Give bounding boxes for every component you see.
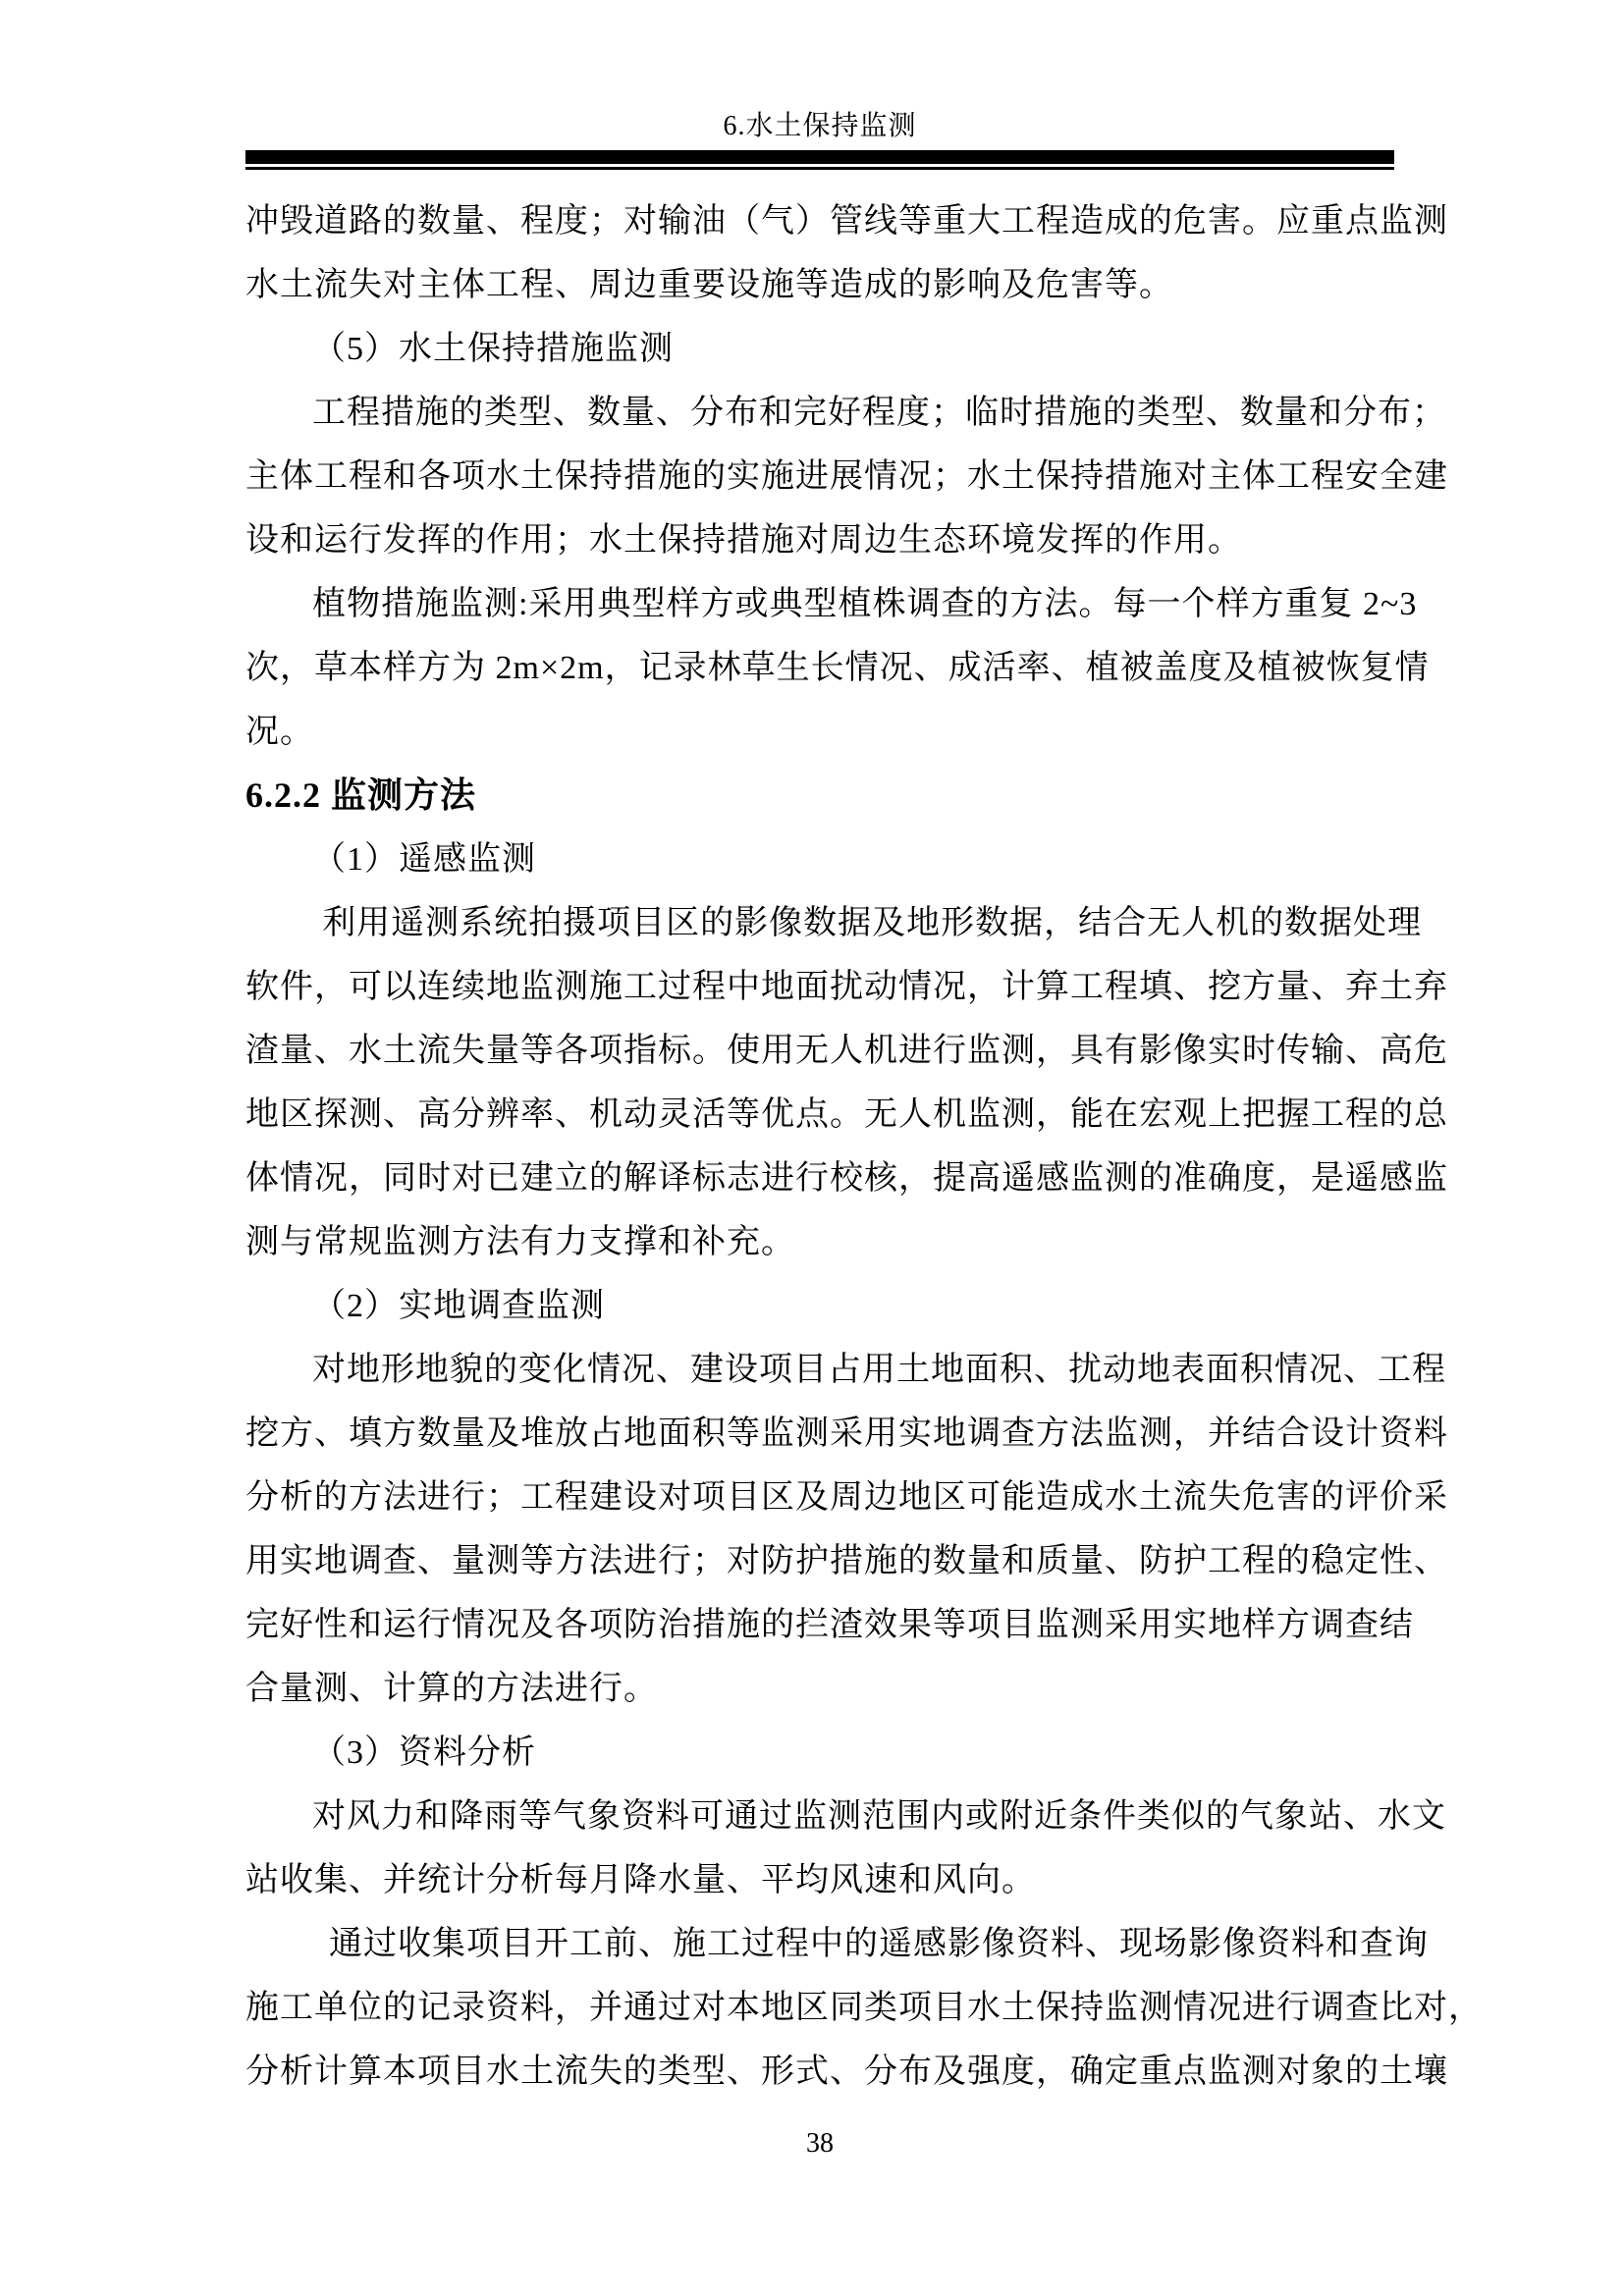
header-rule-thin bbox=[245, 167, 1394, 170]
text-line: 挖方、填方数量及堆放占地面积等监测采用实地调查方法监测，并结合设计资料 bbox=[245, 1402, 1394, 1466]
text-line: 对风力和降雨等气象资料可通过监测范围内或附近条件类似的气象站、水文 bbox=[245, 1785, 1394, 1848]
header-rule-thick bbox=[245, 150, 1394, 164]
text-line: 渣量、水土流失量等各项指标。使用无人机进行监测，具有影像实时传输、高危 bbox=[245, 1019, 1394, 1083]
text-line: 分析的方法进行；工程建设对项目区及周边地区可能造成水土流失危害的评价采 bbox=[245, 1466, 1394, 1529]
text-line: 设和运行发挥的作用；水土保持措施对周边生态环境发挥的作用。 bbox=[245, 508, 1394, 572]
text-line: （3）资料分析 bbox=[245, 1721, 1394, 1785]
text-line: 次，草本样方为 2m×2m，记录林草生长情况、成活率、植被盖度及植被恢复情 bbox=[245, 636, 1394, 700]
text-line: 植物措施监测:采用典型样方或典型植株调查的方法。每一个样方重复 2~3 bbox=[245, 572, 1394, 636]
page-number: 38 bbox=[245, 2128, 1394, 2160]
text-line: 测与常规监测方法有力支撑和补充。 bbox=[245, 1210, 1394, 1274]
text-line: 站收集、并统计分析每月降水量、平均风速和风向。 bbox=[245, 1848, 1394, 1912]
text-line: 体情况，同时对已建立的解译标志进行校核，提高遥感监测的准确度，是遥感监 bbox=[245, 1147, 1394, 1210]
text-line: 完好性和运行情况及各项防治措施的拦渣效果等项目监测采用实地样方调查结 bbox=[245, 1593, 1394, 1657]
text-line: （2）实地调查监测 bbox=[245, 1274, 1394, 1338]
text-line: 合量测、计算的方法进行。 bbox=[245, 1657, 1394, 1721]
text-line: 工程措施的类型、数量、分布和完好程度；临时措施的类型、数量和分布； bbox=[245, 381, 1394, 445]
text-line: 通过收集项目开工前、施工过程中的遥感影像资料、现场影像资料和查询 bbox=[245, 1912, 1394, 1976]
text-line: 施工单位的记录资料，并通过对本地区同类项目水土保持监测情况进行调查比对， bbox=[245, 1976, 1394, 2040]
text-line: 软件，可以连续地监测施工过程中地面扰动情况，计算工程填、挖方量、弃土弃 bbox=[245, 955, 1394, 1019]
text-line: （1）遥感监测 bbox=[245, 828, 1394, 891]
document-page: 6.水土保持监测 冲毁道路的数量、程度；对输油（气）管线等重大工程造成的危害。应… bbox=[0, 0, 1624, 2296]
text-line: 用实地调查、量测等方法进行；对防护措施的数量和质量、防护工程的稳定性、 bbox=[245, 1529, 1394, 1593]
section-heading: 6.2.2 监测方法 bbox=[245, 764, 1394, 828]
text-line: （5）水土保持措施监测 bbox=[245, 317, 1394, 381]
text-line: 利用遥测系统拍摄项目区的影像数据及地形数据，结合无人机的数据处理 bbox=[245, 891, 1394, 955]
text-line: 地区探测、高分辨率、机动灵活等优点。无人机监测，能在宏观上把握工程的总 bbox=[245, 1083, 1394, 1147]
text-line: 水土流失对主体工程、周边重要设施等造成的影响及危害等。 bbox=[245, 253, 1394, 317]
running-header-title: 6.水土保持监测 bbox=[245, 110, 1394, 143]
text-line: 对地形地貌的变化情况、建设项目占用土地面积、扰动地表面积情况、工程 bbox=[245, 1338, 1394, 1402]
text-line: 分析计算本项目水土流失的类型、形式、分布及强度，确定重点监测对象的土壤 bbox=[245, 2040, 1394, 2104]
document-body: 冲毁道路的数量、程度；对输油（气）管线等重大工程造成的危害。应重点监测水土流失对… bbox=[245, 189, 1394, 2104]
text-line: 况。 bbox=[245, 700, 1394, 764]
text-line: 冲毁道路的数量、程度；对输油（气）管线等重大工程造成的危害。应重点监测 bbox=[245, 189, 1394, 253]
text-line: 主体工程和各项水土保持措施的实施进展情况；水土保持措施对主体工程安全建 bbox=[245, 445, 1394, 508]
